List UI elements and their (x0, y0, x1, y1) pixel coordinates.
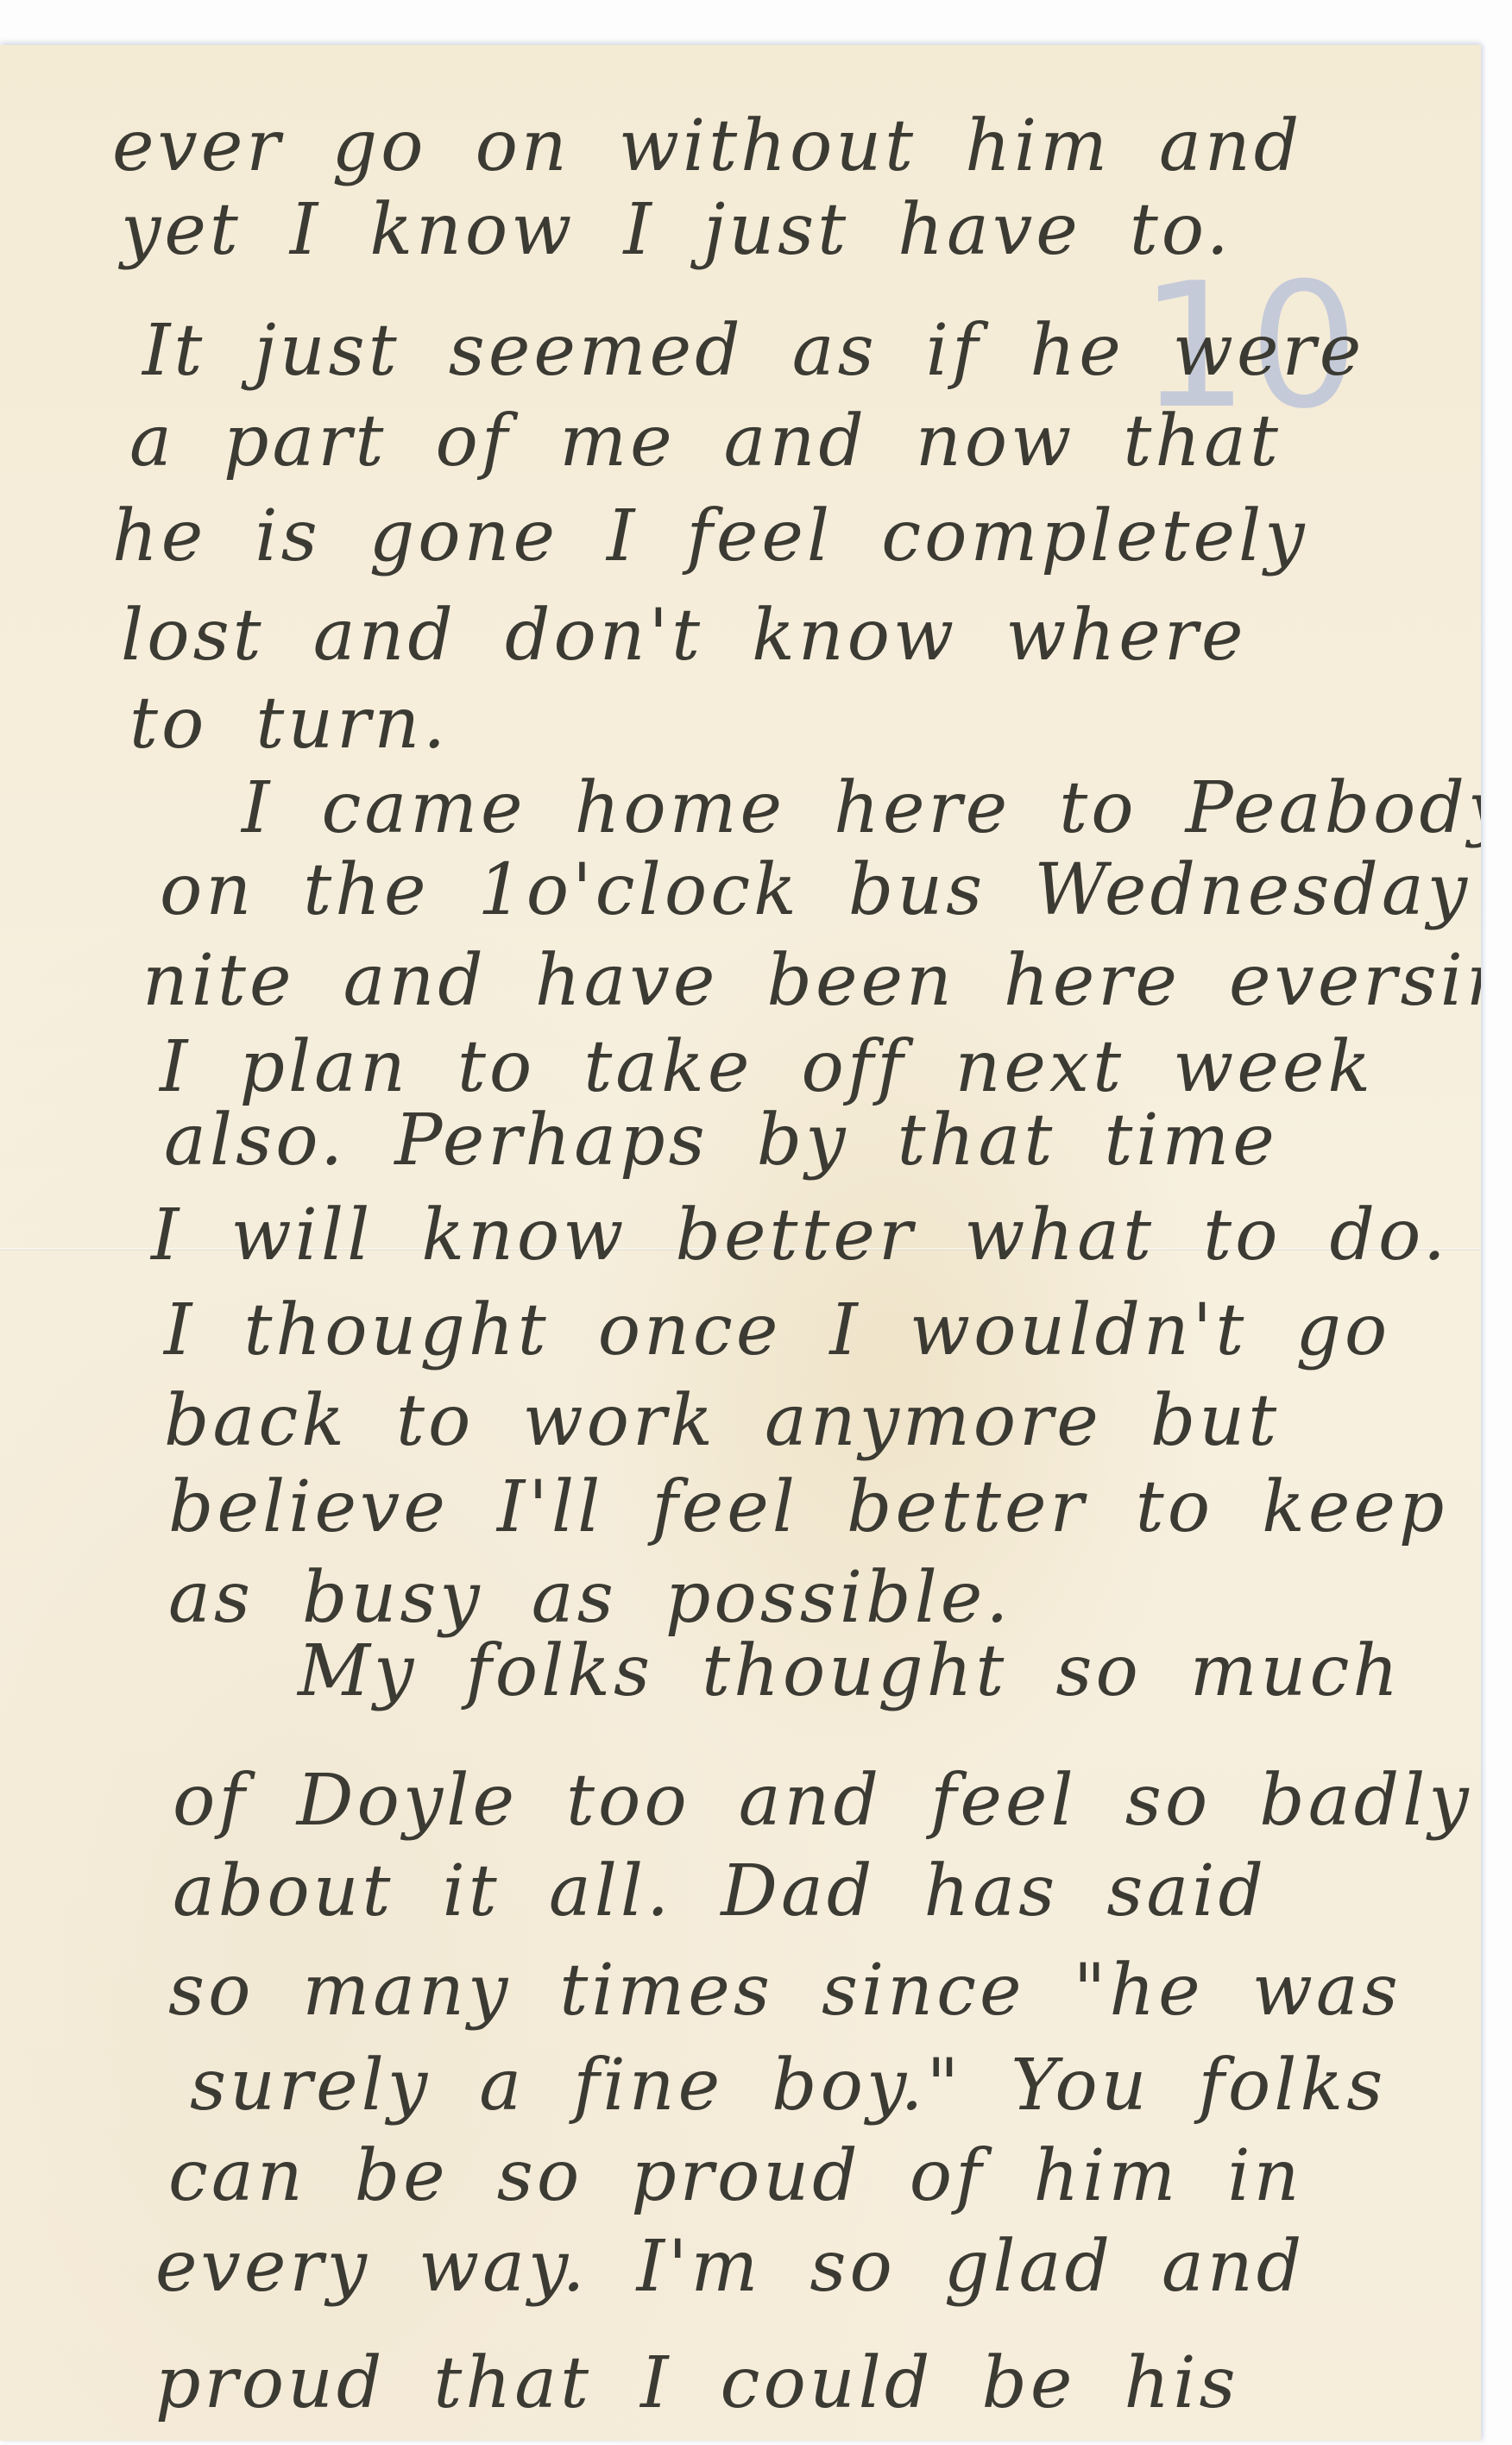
letter-line: ever go on without him and (112, 108, 1302, 186)
letter-line: It just seemed as if he were (142, 312, 1364, 390)
letter-line: every way. I'm so glad and (155, 2228, 1305, 2306)
letter-line: My folks thought so much (298, 1633, 1402, 1711)
letter-line: lost and don't know where (121, 597, 1247, 675)
letter-line: proud that I could be his (155, 2345, 1239, 2423)
letter-line: surely a fine boy." You folks (190, 2047, 1386, 2125)
letter-line: also. Perhaps by that time (164, 1102, 1278, 1180)
letter-line: yet I know I just have to. (121, 192, 1232, 269)
letter-line: as busy as possible. (168, 1560, 1011, 1637)
letter-line: I thought once I wouldn't go (164, 1292, 1390, 1370)
letter-line: on the 1o'clock bus Wednesday (160, 852, 1471, 929)
letter-line: I will know better what to do. (151, 1197, 1449, 1275)
letter-line: nite and have been here eversinc (142, 942, 1481, 1020)
letter-line: a part of me and now that (129, 403, 1282, 481)
letter-line: about it all. Dad has said (173, 1853, 1267, 1931)
letter-line: of Doyle too and feel so badly (173, 1762, 1472, 1840)
letter-line: so many times since "he was (168, 1952, 1402, 2030)
letter-paper: 10 ever go on without him and yet I know… (0, 45, 1481, 2441)
letter-line: back to work anymore but (164, 1383, 1280, 1460)
letter-line: can be so proud of him in (168, 2138, 1302, 2215)
letter-line: I plan to take off next week (160, 1029, 1374, 1106)
letter-line: believe I'll feel better to keep (168, 1469, 1447, 1547)
letter-line: to turn. (129, 685, 449, 763)
letter-line: he is gone I feel completely (112, 498, 1308, 576)
letter-line: I came home here to Peabody (242, 770, 1481, 848)
